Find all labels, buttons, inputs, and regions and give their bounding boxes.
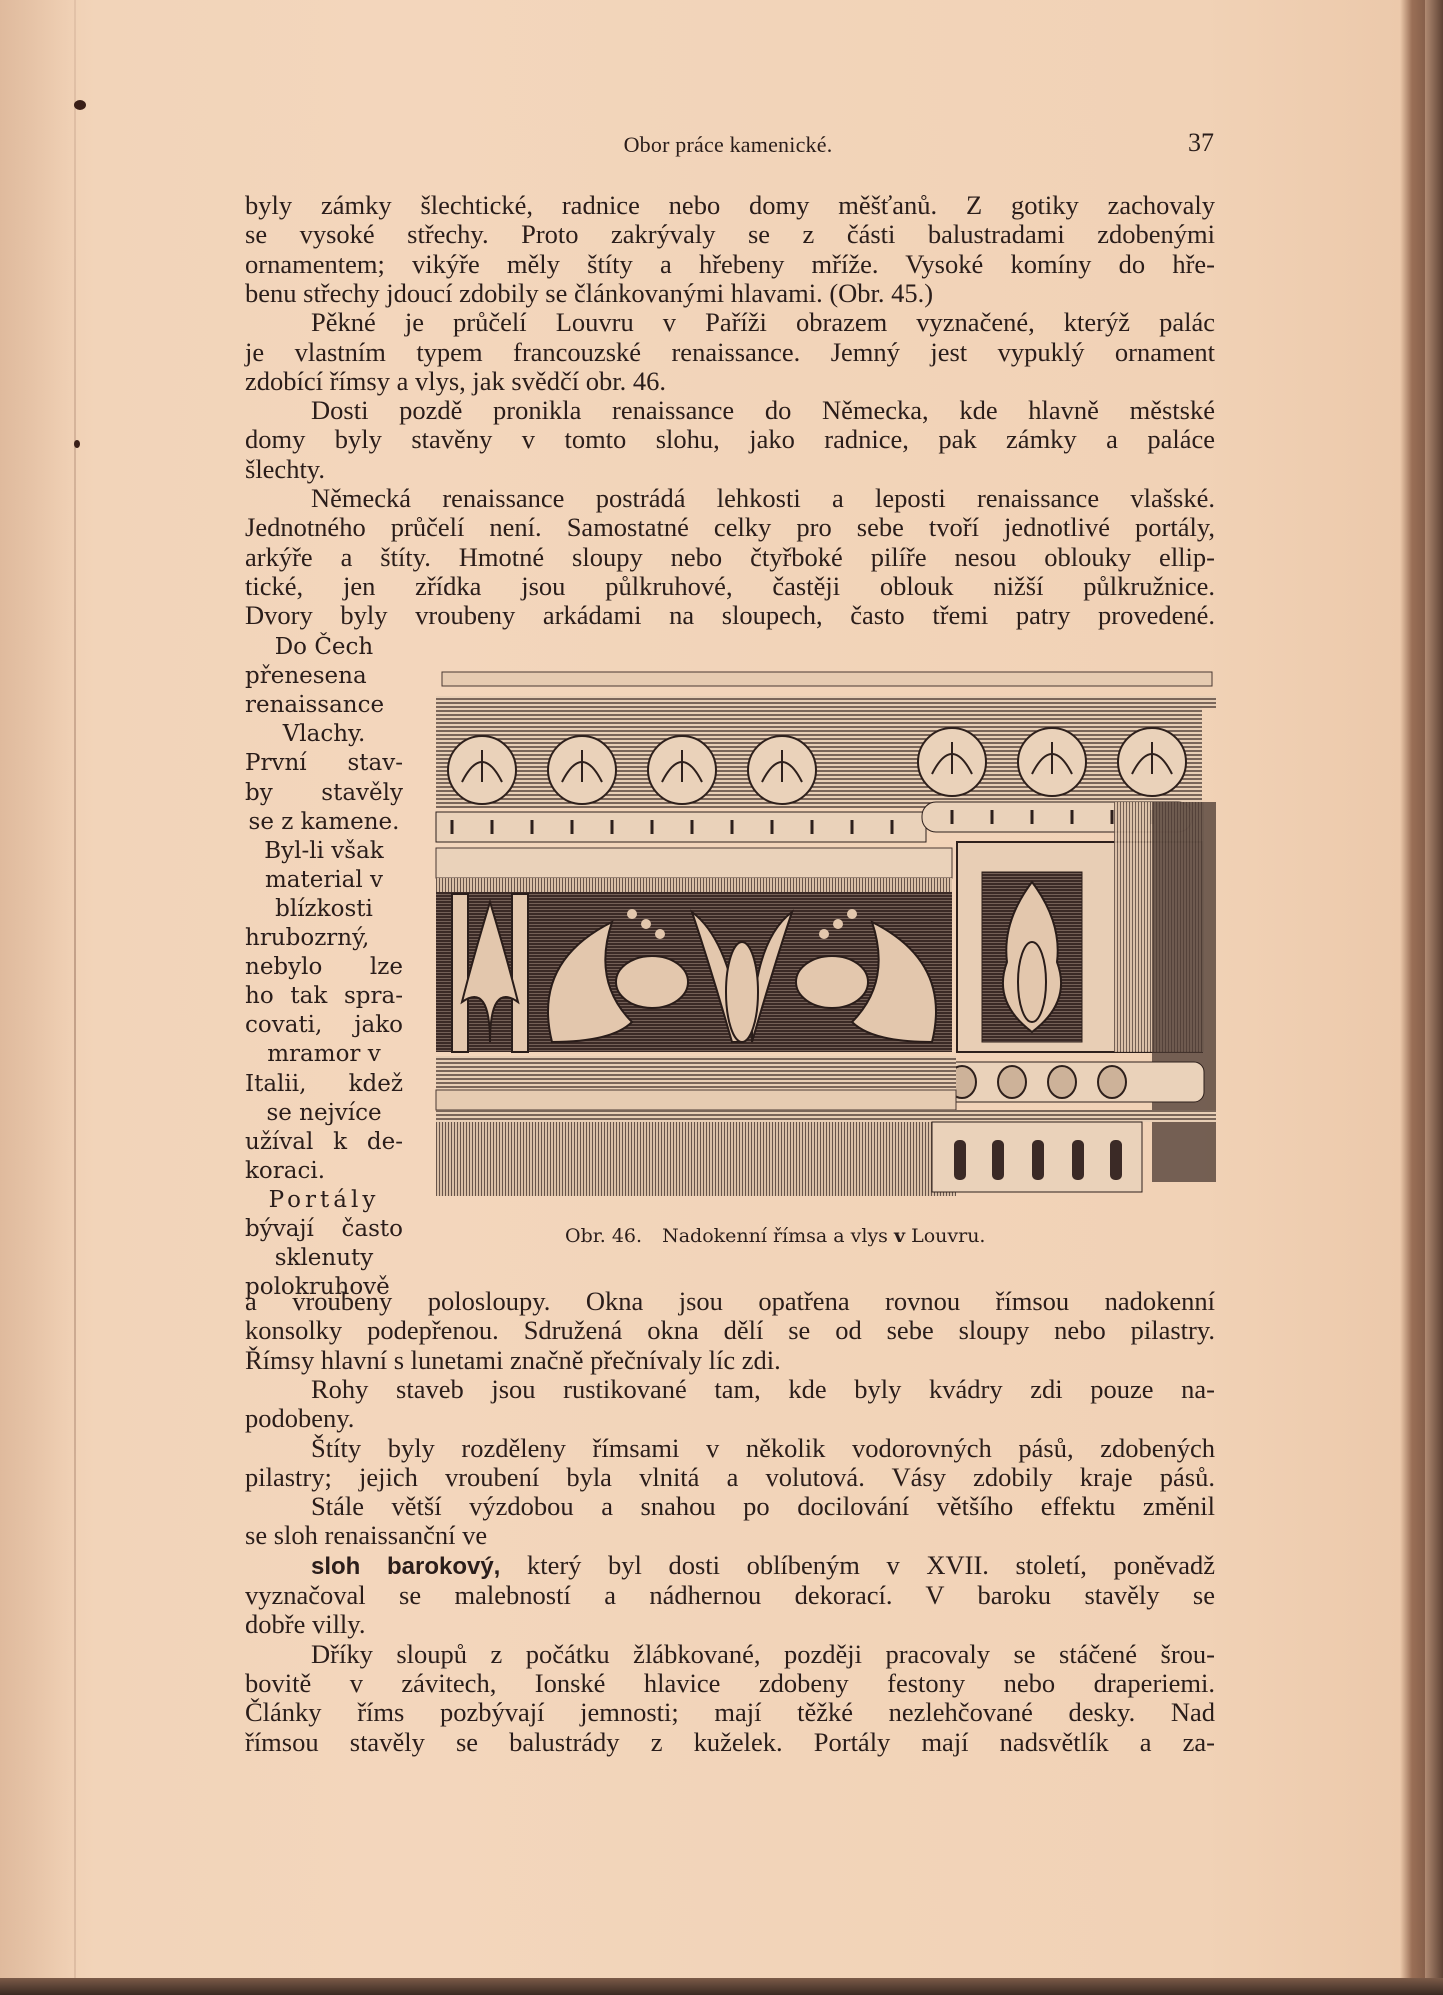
caption-text-v: v <box>894 1225 905 1247</box>
binding-fold <box>74 0 76 1990</box>
side-column-line: Vlachy. <box>245 719 403 749</box>
binding-shadow <box>0 0 74 1990</box>
side-column-line: material v <box>245 865 403 895</box>
side-column-line: sklenuty <box>245 1243 403 1273</box>
page-header: Obor práce kamenické. 37 <box>240 128 1216 164</box>
text-line: pilastry; jejich vroubení byla vlnitá a … <box>245 1462 1215 1492</box>
side-column-line: Do Čech <box>245 632 403 662</box>
side-column-line: bývají často <box>245 1214 403 1244</box>
text-line: římsou stavěly se balustrády z kuželek. … <box>245 1727 1215 1757</box>
text-line: ornamentem; vikýře měly štíty a hřebeny … <box>245 249 1215 279</box>
text-line: bovitě v závitech, Ionské hlavice zdoben… <box>245 1668 1215 1698</box>
text-line: arkýře a štíty. Hmotné sloupy nebo čtyřb… <box>245 542 1215 572</box>
text-line: Stále větší výzdobou a snahou po docilov… <box>245 1491 1215 1521</box>
text-line: Štíty byly rozděleny římsami v několik v… <box>245 1433 1215 1463</box>
book-page: Obor práce kamenické. 37 byly zámky šlec… <box>0 0 1443 1995</box>
text-line: Římsy hlavní s lunetami značně přečníval… <box>245 1345 1215 1375</box>
text-line: je vlastním typem francouzské renaissanc… <box>245 337 1215 367</box>
side-column-line: přenesena <box>245 661 403 691</box>
text-line: Dosti pozdě pronikla renaissance do Něme… <box>245 395 1215 425</box>
text-line: se vysoké střechy. Proto zakrývaly se z … <box>245 219 1215 249</box>
side-column-line: blízkosti <box>245 894 403 924</box>
text-line: podobeny. <box>245 1403 1215 1433</box>
page-edge-right <box>1425 0 1443 1995</box>
text-line: Jednotného průčelí není. Samostatné celk… <box>245 512 1215 542</box>
figure-caption: Obr. 46. Nadokenní římsa a vlys v Louvru… <box>565 1225 1085 1247</box>
figure-number: Obr. 46. <box>565 1225 642 1247</box>
baroque-paragraph-first-line: sloh barokový, který byl dosti oblíbeným… <box>245 1550 1215 1582</box>
text-line: Německá renaissance postrádá lehkosti a … <box>245 483 1215 513</box>
side-column-line: se nejvíce <box>245 1098 403 1128</box>
text-line: Dříky sloupů z počátku žlábkované, pozdě… <box>245 1639 1215 1669</box>
side-column-line: První stav- <box>245 748 403 778</box>
cornice-engraving-icon <box>432 662 1216 1202</box>
text-line: benu střechy jdoucí zdobily se článkovan… <box>245 278 1215 308</box>
side-column-line: nebylo lze <box>245 952 403 982</box>
text-line: byly zámky šlechtické, radnice nebo domy… <box>245 190 1215 220</box>
baroque-heading: sloh barokový, <box>311 1553 500 1580</box>
side-column-line: Italii, kdež <box>245 1069 403 1099</box>
caption-text-end: Louvru. <box>911 1225 985 1247</box>
running-title: Obor práce kamenické. <box>240 132 1216 158</box>
text-line: Pěkné je průčelí Louvru v Paříži obrazem… <box>245 307 1215 337</box>
text-line: se sloh renaissanční ve <box>245 1520 1215 1550</box>
text-line: konsolky podepřenou. Sdružená okna dělí … <box>245 1315 1215 1345</box>
side-column-line: by stavěly <box>245 778 403 808</box>
text-line: Dvory byly vroubeny arkádami na sloupech… <box>245 600 1215 630</box>
side-column-line: ho tak spra- <box>245 981 403 1011</box>
side-column-line: se z kamene. <box>245 807 403 837</box>
text-line: šlechty. <box>245 454 1215 484</box>
side-column-line: Portály <box>245 1185 403 1215</box>
text-line: tické, jen zřídka jsou půlkruhové, častě… <box>245 571 1215 601</box>
side-column-line: koraci. <box>245 1156 403 1186</box>
side-column-line: Byl-li však <box>245 836 403 866</box>
side-column-line: užíval k de- <box>245 1127 403 1157</box>
side-column-line: mramor v <box>245 1039 403 1069</box>
page-edge-bottom <box>0 1978 1443 1995</box>
side-column-line: renaissance <box>245 690 403 720</box>
text-line: zdobící římsy a vlys, jak svědčí obr. 46… <box>245 366 1215 396</box>
page-number: 37 <box>1188 128 1214 158</box>
binding-hole-mark <box>74 100 86 110</box>
text-line: vyznačoval se malebností a nádhernou dek… <box>245 1580 1215 1610</box>
binding-hole-mark <box>74 440 80 448</box>
text-line: Rohy staveb jsou rustikované tam, kde by… <box>245 1374 1215 1404</box>
side-column-line: covati, jako <box>245 1010 403 1040</box>
figure-illustration <box>432 662 1216 1202</box>
baroque-line-rest: který byl dosti oblíbeným v XVII. stolet… <box>527 1550 1215 1580</box>
text-line: Články říms pozbývají jemnosti; mají těž… <box>245 1697 1215 1727</box>
text-line: dobře villy. <box>245 1609 1215 1639</box>
text-line: a vroubeny polosloupy. Okna jsou opatřen… <box>245 1286 1215 1316</box>
text-line: domy byly stavěny v tomto slohu, jako ra… <box>245 424 1215 454</box>
caption-text: Nadokenní římsa a vlys <box>662 1225 888 1247</box>
side-column-line: hrubozrný, <box>245 923 403 953</box>
